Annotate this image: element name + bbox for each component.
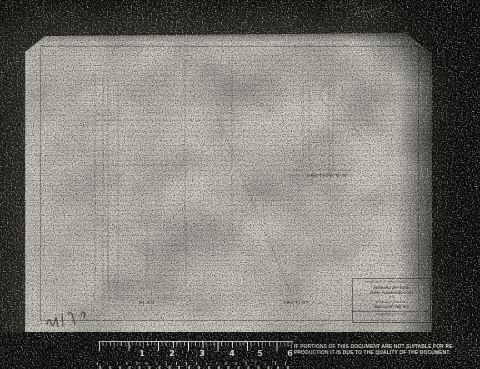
title-block-line: DEPARTMENT OF PUBLIC WORKS CANADA <box>353 281 430 284</box>
section-a-a-lines <box>218 118 302 318</box>
section-b-b-lines <box>288 76 382 180</box>
title-block: DEPARTMENT OF PUBLIC WORKS CANADA BURRAR… <box>352 278 431 323</box>
handwritten-mark <box>37 305 117 331</box>
ruler-major-ticks <box>99 342 293 351</box>
bottom-ruler-ticks <box>97 362 295 365</box>
disclaimer-line-2: PRODUCTION IT IS DUE TO THE QUALITY OF T… <box>294 350 476 356</box>
scanned-drawing-page: PLAN SECTION A-A SECTION B-B DEPARTMENT … <box>0 0 480 369</box>
ruler-number: 6 <box>287 349 293 358</box>
bottom-ruler-glyphs <box>99 366 297 369</box>
ruler-number: 5 <box>257 349 263 358</box>
ruler-number: 4 <box>229 349 235 358</box>
partial-bottom-ruler <box>97 362 295 369</box>
reproduction-disclaimer: IF PORTIONS OF THIS DOCUMENT ARE NOT SUI… <box>294 344 476 356</box>
section-b-b-label: SECTION B-B <box>299 173 355 178</box>
title-block-line: FERRY PASSENGER FLOAT <box>353 291 430 295</box>
elevation-view <box>95 55 346 312</box>
title-block-scale-row: SCALE ½″ = 1′-0″ Nº 1844 <box>353 311 430 317</box>
ruler-number: 3 <box>199 349 205 358</box>
plan-label: PLAN <box>127 300 167 305</box>
title-block-line: BURRARD DRY DOCK <box>353 286 430 290</box>
plan-view <box>96 222 188 298</box>
scale-ruler: 1 2 3 4 5 6 <box>99 341 293 359</box>
title-block-line: FOOT OF GORE AVE. <box>353 300 430 304</box>
left-shadow <box>0 0 26 369</box>
footer-band: 1 2 3 4 5 6 Nº 53 IF PORTIONS OF THIS DO… <box>0 332 480 369</box>
section-a-a-label: SECTION A-A <box>275 300 331 305</box>
title-block-line: VANCOUVER HBR. B.C. <box>353 305 430 309</box>
faint-construction-lines <box>28 58 420 247</box>
ruler-number: 1 <box>139 349 145 358</box>
title-block-line: FOR <box>353 296 430 299</box>
ruler-number: 2 <box>169 349 175 358</box>
drawing-sheet: PLAN SECTION A-A SECTION B-B DEPARTMENT … <box>25 33 432 332</box>
